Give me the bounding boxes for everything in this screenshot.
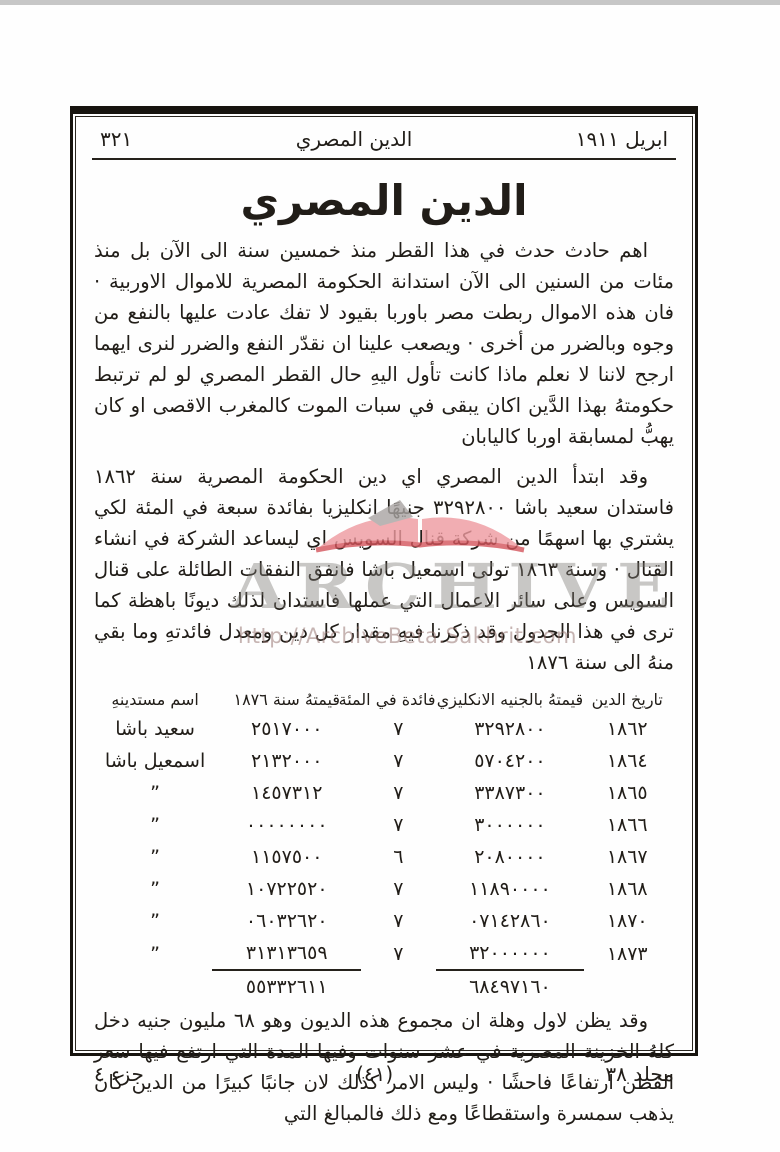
cell-value-1876: ٠٦٠٣٢٦٢٠ xyxy=(212,905,361,937)
article-title: الدين المصري xyxy=(92,176,676,225)
cell-value: ٠٧١٤٢٨٦٠ xyxy=(436,905,585,937)
scan-edge-strip xyxy=(0,0,780,5)
cell-year: ١٨٦٢ xyxy=(584,713,670,745)
cell-interest: ٧ xyxy=(361,713,435,745)
cell-year: ١٨٧٣ xyxy=(584,937,670,970)
cell-debtor: ” xyxy=(98,905,212,937)
cell-value: ٢٠٨٠٠٠٠ xyxy=(436,841,585,873)
running-head-date: ابريل ١٩١١ xyxy=(576,127,668,151)
running-head-title: الدين المصري xyxy=(296,127,413,151)
totals-spacer xyxy=(98,970,212,1003)
cell-year: ١٨٧٠ xyxy=(584,905,670,937)
footer-volume: مجلد ٣٨ xyxy=(605,1062,674,1086)
col-debt-date: تاريخ الدين xyxy=(584,687,670,713)
cell-value: ٥٧٠٤٢٠٠ xyxy=(436,745,585,777)
table-row: ١٨٧٣ ٣٢٠٠٠٠٠٠ ٧ ٣١٣١٣٦٥٩ ” xyxy=(98,937,670,970)
cell-value: ٣٠٠٠٠٠٠ xyxy=(436,809,585,841)
page-frame-inner: ابريل ١٩١١ الدين المصري ٣٢١ الدين المصري… xyxy=(75,116,693,1051)
cell-value-1876: ٠٠٠٠٠٠٠٠ xyxy=(212,809,361,841)
body-paragraph-1: اهم حادث حدث في هذا القطر منذ خمسين سنة … xyxy=(94,235,674,452)
cell-debtor: ” xyxy=(98,937,212,970)
page-frame: ابريل ١٩١١ الدين المصري ٣٢١ الدين المصري… xyxy=(70,106,698,1056)
table-row: ١٨٦٨ ١١٨٩٠٠٠٠ ٧ ١٠٧٢٢٥٢٠ ” xyxy=(98,873,670,905)
cell-interest: ٦ xyxy=(361,841,435,873)
cell-debtor: ” xyxy=(98,841,212,873)
cell-year: ١٨٦٧ xyxy=(584,841,670,873)
cell-debtor: سعيد باشا xyxy=(98,713,212,745)
cell-value-1876: ١١٥٧٥٠٠ xyxy=(212,841,361,873)
debt-table: تاريخ الدين قيمتهُ بالجنيه الانكليزي فائ… xyxy=(98,687,670,1003)
total-value-1876: ٥٥٣٣٢٦١١ xyxy=(212,970,361,1003)
totals-row: ٦٨٤٩٧١٦٠ ٥٥٣٣٢٦١١ xyxy=(98,970,670,1003)
cell-year: ١٨٦٨ xyxy=(584,873,670,905)
body-paragraph-2: وقد ابتدأ الدين المصري اي دين الحكومة ال… xyxy=(94,461,674,678)
total-value: ٦٨٤٩٧١٦٠ xyxy=(436,970,585,1003)
running-head-page-number: ٣٢١ xyxy=(100,127,132,151)
table-row: ١٨٦٤ ٥٧٠٤٢٠٠ ٧ ٢١٣٢٠٠٠ اسمعيل باشا xyxy=(98,745,670,777)
cell-value-1876: ٣١٣١٣٦٥٩ xyxy=(212,937,361,970)
running-head: ابريل ١٩١١ الدين المصري ٣٢١ xyxy=(92,117,676,160)
cell-value: ٣٢٩٢٨٠٠ xyxy=(436,713,585,745)
cell-value: ٣٢٠٠٠٠٠٠ xyxy=(436,937,585,970)
cell-interest: ٧ xyxy=(361,937,435,970)
cell-value-1876: ٢٥١٧٠٠٠ xyxy=(212,713,361,745)
cell-value-1876: ٢١٣٢٠٠٠ xyxy=(212,745,361,777)
scanned-page: ابريل ١٩١١ الدين المصري ٣٢١ الدين المصري… xyxy=(0,0,780,1152)
col-debtor-name: اسم مستدينهِ xyxy=(98,687,212,713)
cell-debtor: اسمعيل باشا xyxy=(98,745,212,777)
table-row: ١٨٦٥ ٣٣٨٧٣٠٠ ٧ ١٤٥٧٣١٢ ” xyxy=(98,777,670,809)
cell-year: ١٨٦٥ xyxy=(584,777,670,809)
col-value-gbp: قيمتهُ بالجنيه الانكليزي xyxy=(436,687,585,713)
totals-spacer xyxy=(584,970,670,1003)
cell-debtor: ” xyxy=(98,777,212,809)
footer-part: جزء ٤ xyxy=(94,1062,144,1086)
cell-value: ١١٨٩٠٠٠٠ xyxy=(436,873,585,905)
page-footer: مجلد ٣٨ (٤١) جزء ٤ xyxy=(70,1062,698,1086)
table-row: ١٨٧٠ ٠٧١٤٢٨٦٠ ٧ ٠٦٠٣٢٦٢٠ ” xyxy=(98,905,670,937)
cell-interest: ٧ xyxy=(361,809,435,841)
table-header-row: تاريخ الدين قيمتهُ بالجنيه الانكليزي فائ… xyxy=(98,687,670,713)
cell-debtor: ” xyxy=(98,873,212,905)
cell-value: ٣٣٨٧٣٠٠ xyxy=(436,777,585,809)
cell-year: ١٨٦٦ xyxy=(584,809,670,841)
col-interest: فائدة في المئة xyxy=(361,687,435,713)
cell-interest: ٧ xyxy=(361,745,435,777)
table-row: ١٨٦٧ ٢٠٨٠٠٠٠ ٦ ١١٥٧٥٠٠ ” xyxy=(98,841,670,873)
footer-page-number: (٤١) xyxy=(356,1062,393,1086)
cell-year: ١٨٦٤ xyxy=(584,745,670,777)
col-value-1876: قيمتهُ سنة ١٨٧٦ xyxy=(212,687,361,713)
cell-interest: ٧ xyxy=(361,905,435,937)
cell-interest: ٧ xyxy=(361,777,435,809)
cell-value-1876: ١٠٧٢٢٥٢٠ xyxy=(212,873,361,905)
cell-debtor: ” xyxy=(98,809,212,841)
table-row: ١٨٦٦ ٣٠٠٠٠٠٠ ٧ ٠٠٠٠٠٠٠٠ ” xyxy=(98,809,670,841)
totals-spacer xyxy=(361,970,435,1003)
cell-interest: ٧ xyxy=(361,873,435,905)
table-row: ١٨٦٢ ٣٢٩٢٨٠٠ ٧ ٢٥١٧٠٠٠ سعيد باشا xyxy=(98,713,670,745)
cell-value-1876: ١٤٥٧٣١٢ xyxy=(212,777,361,809)
